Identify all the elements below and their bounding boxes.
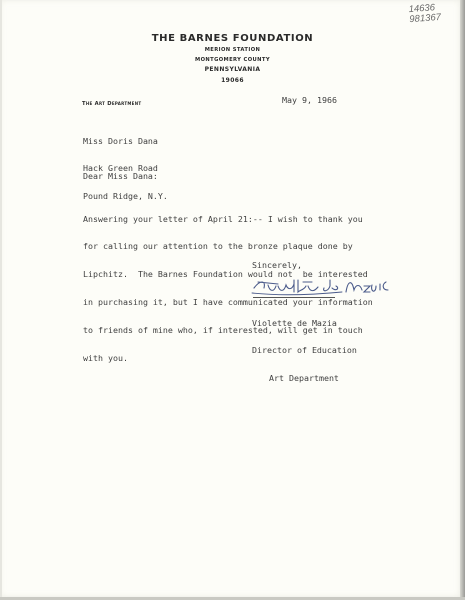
organization-name: THE BARNES FOUNDATION bbox=[130, 32, 335, 45]
salutation: Dear Miss Dana: bbox=[83, 172, 158, 181]
handwritten-signature bbox=[250, 276, 400, 298]
letter-date: May 9, 1966 bbox=[282, 96, 337, 105]
page-left-edge bbox=[0, 0, 2, 600]
letterhead-station: MERION STATION bbox=[130, 45, 335, 55]
closing: Sincerely, bbox=[252, 261, 302, 270]
body-line: Answering your letter of April 21:-- I w… bbox=[83, 215, 373, 224]
signer-title: Director of Education bbox=[252, 346, 357, 355]
letterhead-state: PENNSYLVANIA bbox=[130, 65, 335, 75]
body-line: for calling our attention to the bronze … bbox=[83, 242, 373, 251]
letterhead-zip: 19066 bbox=[130, 76, 335, 86]
department-label: The Art Department bbox=[82, 101, 141, 107]
recipient-name: Miss Doris Dana bbox=[83, 137, 168, 146]
signer-department: Art Department bbox=[252, 374, 357, 383]
letter-page: THE BARNES FOUNDATION MERION STATION MON… bbox=[0, 0, 460, 597]
signature-rule bbox=[253, 297, 335, 298]
letterhead: THE BARNES FOUNDATION MERION STATION MON… bbox=[130, 32, 335, 86]
archive-annotation: 14636 981367 bbox=[408, 3, 441, 25]
signature-block: Violette de Mazia Director of Education … bbox=[252, 300, 357, 402]
letterhead-county: MONTGOMERY COUNTY bbox=[130, 55, 335, 65]
signer-name: Violette de Mazia bbox=[252, 319, 357, 328]
scan-right-edge bbox=[460, 0, 465, 600]
archive-number-2: 981367 bbox=[409, 13, 441, 25]
